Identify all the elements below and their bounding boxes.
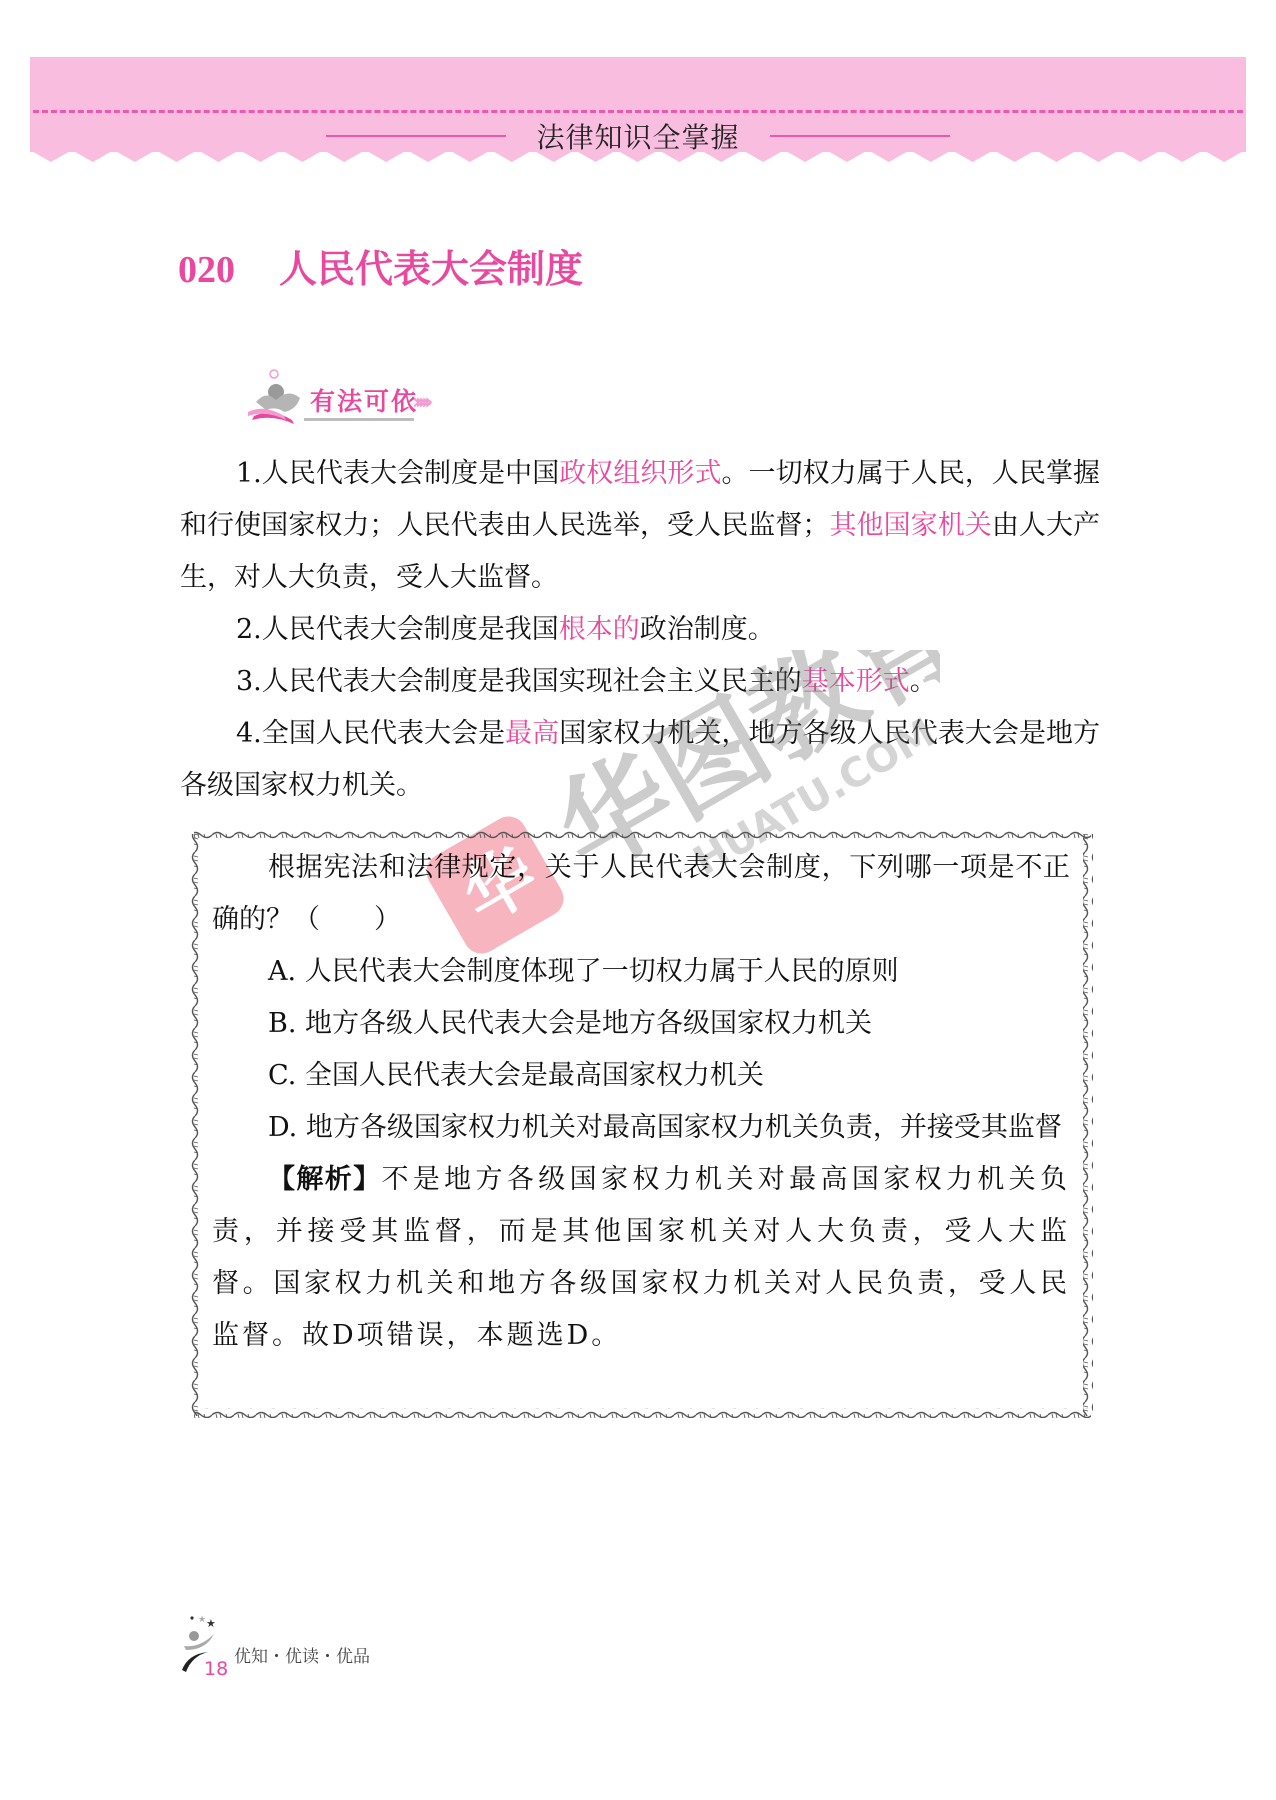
section-number: 020: [178, 248, 235, 292]
section-title: 020 人民代表大会制度: [178, 238, 583, 293]
page-number: 18: [204, 1658, 228, 1680]
header: 法律知识全掌握: [0, 116, 1276, 156]
point-3: 3.人民代表大会制度是我国实现社会主义民主的基本形式。: [180, 656, 1100, 708]
key-points: 1.人民代表大会制度是中国政权组织形式。一切权力属于人民，人民掌握和行使国家权力…: [180, 448, 1100, 812]
option-b[interactable]: B. 地方各级人民代表大会是地方各级国家权力机关: [212, 998, 1070, 1050]
highlight: 政权组织形式: [559, 458, 721, 489]
section-title-text: 人民代表大会制度: [279, 238, 583, 293]
highlight: 基本形式: [802, 666, 910, 697]
footer-slogan: 优知・优读・优品: [234, 1642, 370, 1667]
svg-text:★: ★: [198, 1615, 206, 1625]
highlight: 其他国家机关: [829, 510, 991, 541]
question-box: 根据宪法和法律规定，关于人民代表大会制度，下列哪一项是不正确的？（ ） A. 人…: [190, 830, 1095, 1420]
subheading-label: 有法可依: [310, 382, 418, 418]
option-c[interactable]: C. 全国人民代表大会是最高国家权力机关: [212, 1050, 1070, 1102]
chevrons-icon: ›››››: [412, 390, 427, 415]
subheading-badge: 有法可依 ›››››: [244, 368, 464, 428]
subheading-underline: [304, 418, 414, 421]
header-dashed-rule: [33, 110, 1243, 113]
analysis-label: 【解析】: [268, 1164, 381, 1195]
header-rule-right: [770, 135, 950, 137]
option-d[interactable]: D. 地方各级国家权力机关对最高国家权力机关负责，并接受其监督: [212, 1102, 1070, 1154]
highlight: 最高: [505, 718, 559, 749]
footer: ★ ★ 优知・优读・优品 18: [178, 1610, 478, 1690]
point-2: 2.人民代表大会制度是我国根本的政治制度。: [180, 604, 1100, 656]
analysis: 【解析】不是地方各级国家权力机关对最高国家权力机关负责，并接受其监督，而是其他国…: [212, 1154, 1070, 1362]
header-rule-left: [326, 135, 506, 137]
svg-text:★: ★: [206, 1617, 216, 1630]
highlight: 根本的: [559, 614, 640, 645]
option-a[interactable]: A. 人民代表大会制度体现了一切权力属于人民的原则: [212, 946, 1070, 998]
question-stem: 根据宪法和法律规定，关于人民代表大会制度，下列哪一项是不正确的？（ ）: [212, 842, 1070, 946]
header-title: 法律知识全掌握: [536, 116, 739, 156]
point-1: 1.人民代表大会制度是中国政权组织形式。一切权力属于人民，人民掌握和行使国家权力…: [180, 448, 1100, 604]
point-4: 4.全国人民代表大会是最高国家权力机关，地方各级人民代表大会是地方各级国家权力机…: [180, 708, 1100, 812]
question-content: 根据宪法和法律规定，关于人民代表大会制度，下列哪一项是不正确的？（ ） A. 人…: [212, 842, 1070, 1362]
